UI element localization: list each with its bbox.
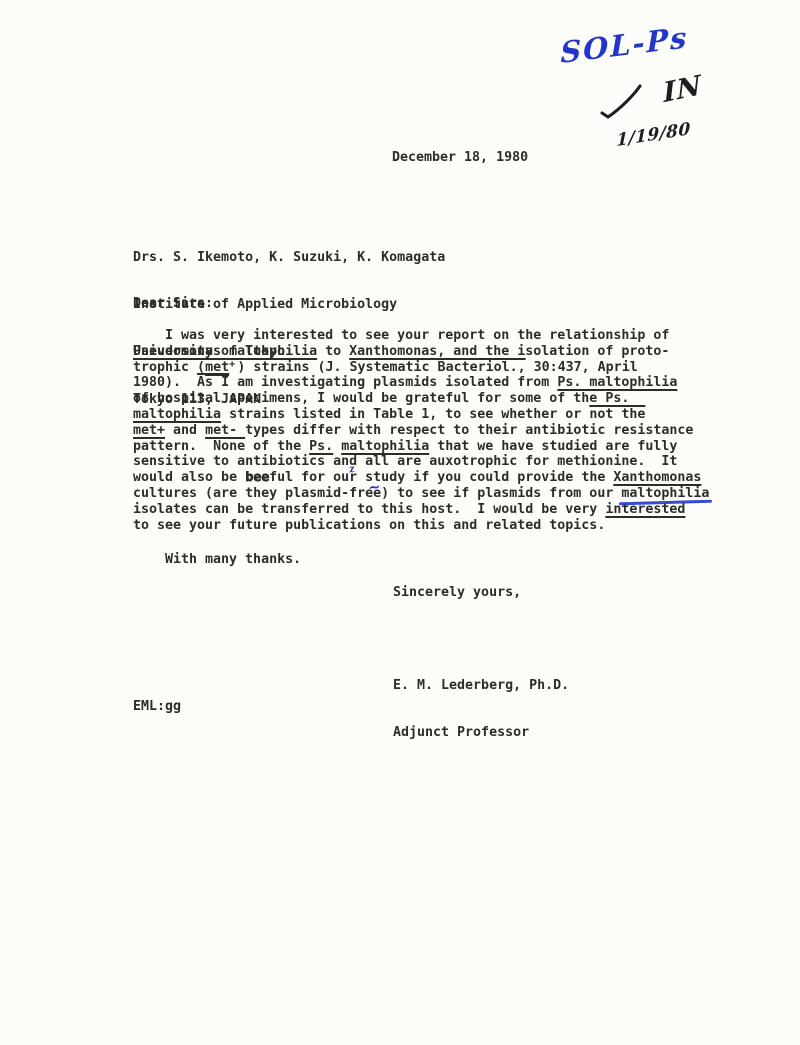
body-line: to see your future publications on this … — [133, 518, 709, 534]
body-line: I was very interested to see your report… — [133, 328, 709, 344]
annotation-sol-ps: SOL-Ps — [560, 20, 688, 70]
salutation: Dear Sirs: — [133, 296, 213, 312]
annotation-in: IN — [662, 70, 703, 109]
body-line: of hospital specimens, I would be gratef… — [133, 391, 709, 407]
closing-line: With many thanks. — [165, 552, 301, 568]
signature-name: E. M. Lederberg, Ph.D. — [393, 678, 569, 694]
typist-reference: EML:gg — [133, 699, 181, 715]
body-line: would also be beeful for our study if yo… — [133, 470, 709, 486]
letter-body: I was very interested to see your report… — [133, 328, 709, 533]
address-line: Drs. S. Ikemoto, K. Suzuki, K. Komagata — [133, 250, 445, 266]
body-line: maltophilia strains listed in Table 1, t… — [133, 407, 709, 423]
valediction: Sincerely yours, — [393, 585, 521, 601]
letter-page: SOL-Ps IN 1/19/80 December 18, 1980 Drs.… — [0, 0, 800, 1045]
free-accent-mark: ~ — [367, 477, 382, 497]
hand-underlined-word: maltophilia — [621, 486, 709, 502]
body-line: met+ and met- types differ with respect … — [133, 423, 709, 439]
date-line: December 18, 1980 — [392, 150, 528, 166]
body-line: sensitive to antibiotics and all are aux… — [133, 454, 709, 470]
body-line: pattern. None of the Ps. maltophilia tha… — [133, 439, 709, 455]
signature-title: Adjunct Professor — [393, 725, 569, 741]
signature-block: E. M. Lederberg, Ph.D. Adjunct Professor — [393, 646, 569, 772]
body-line: cultures (are they plasmid-free) to see … — [133, 486, 709, 502]
body-line: 1980). As I am investigating plasmids is… — [133, 375, 709, 391]
body-line: Pseudomonas maltophilia to Xanthomonas, … — [133, 344, 709, 360]
body-line: trophic (met+) strains (J. Systematic Ba… — [133, 360, 709, 376]
check-swoosh-icon — [599, 84, 643, 124]
